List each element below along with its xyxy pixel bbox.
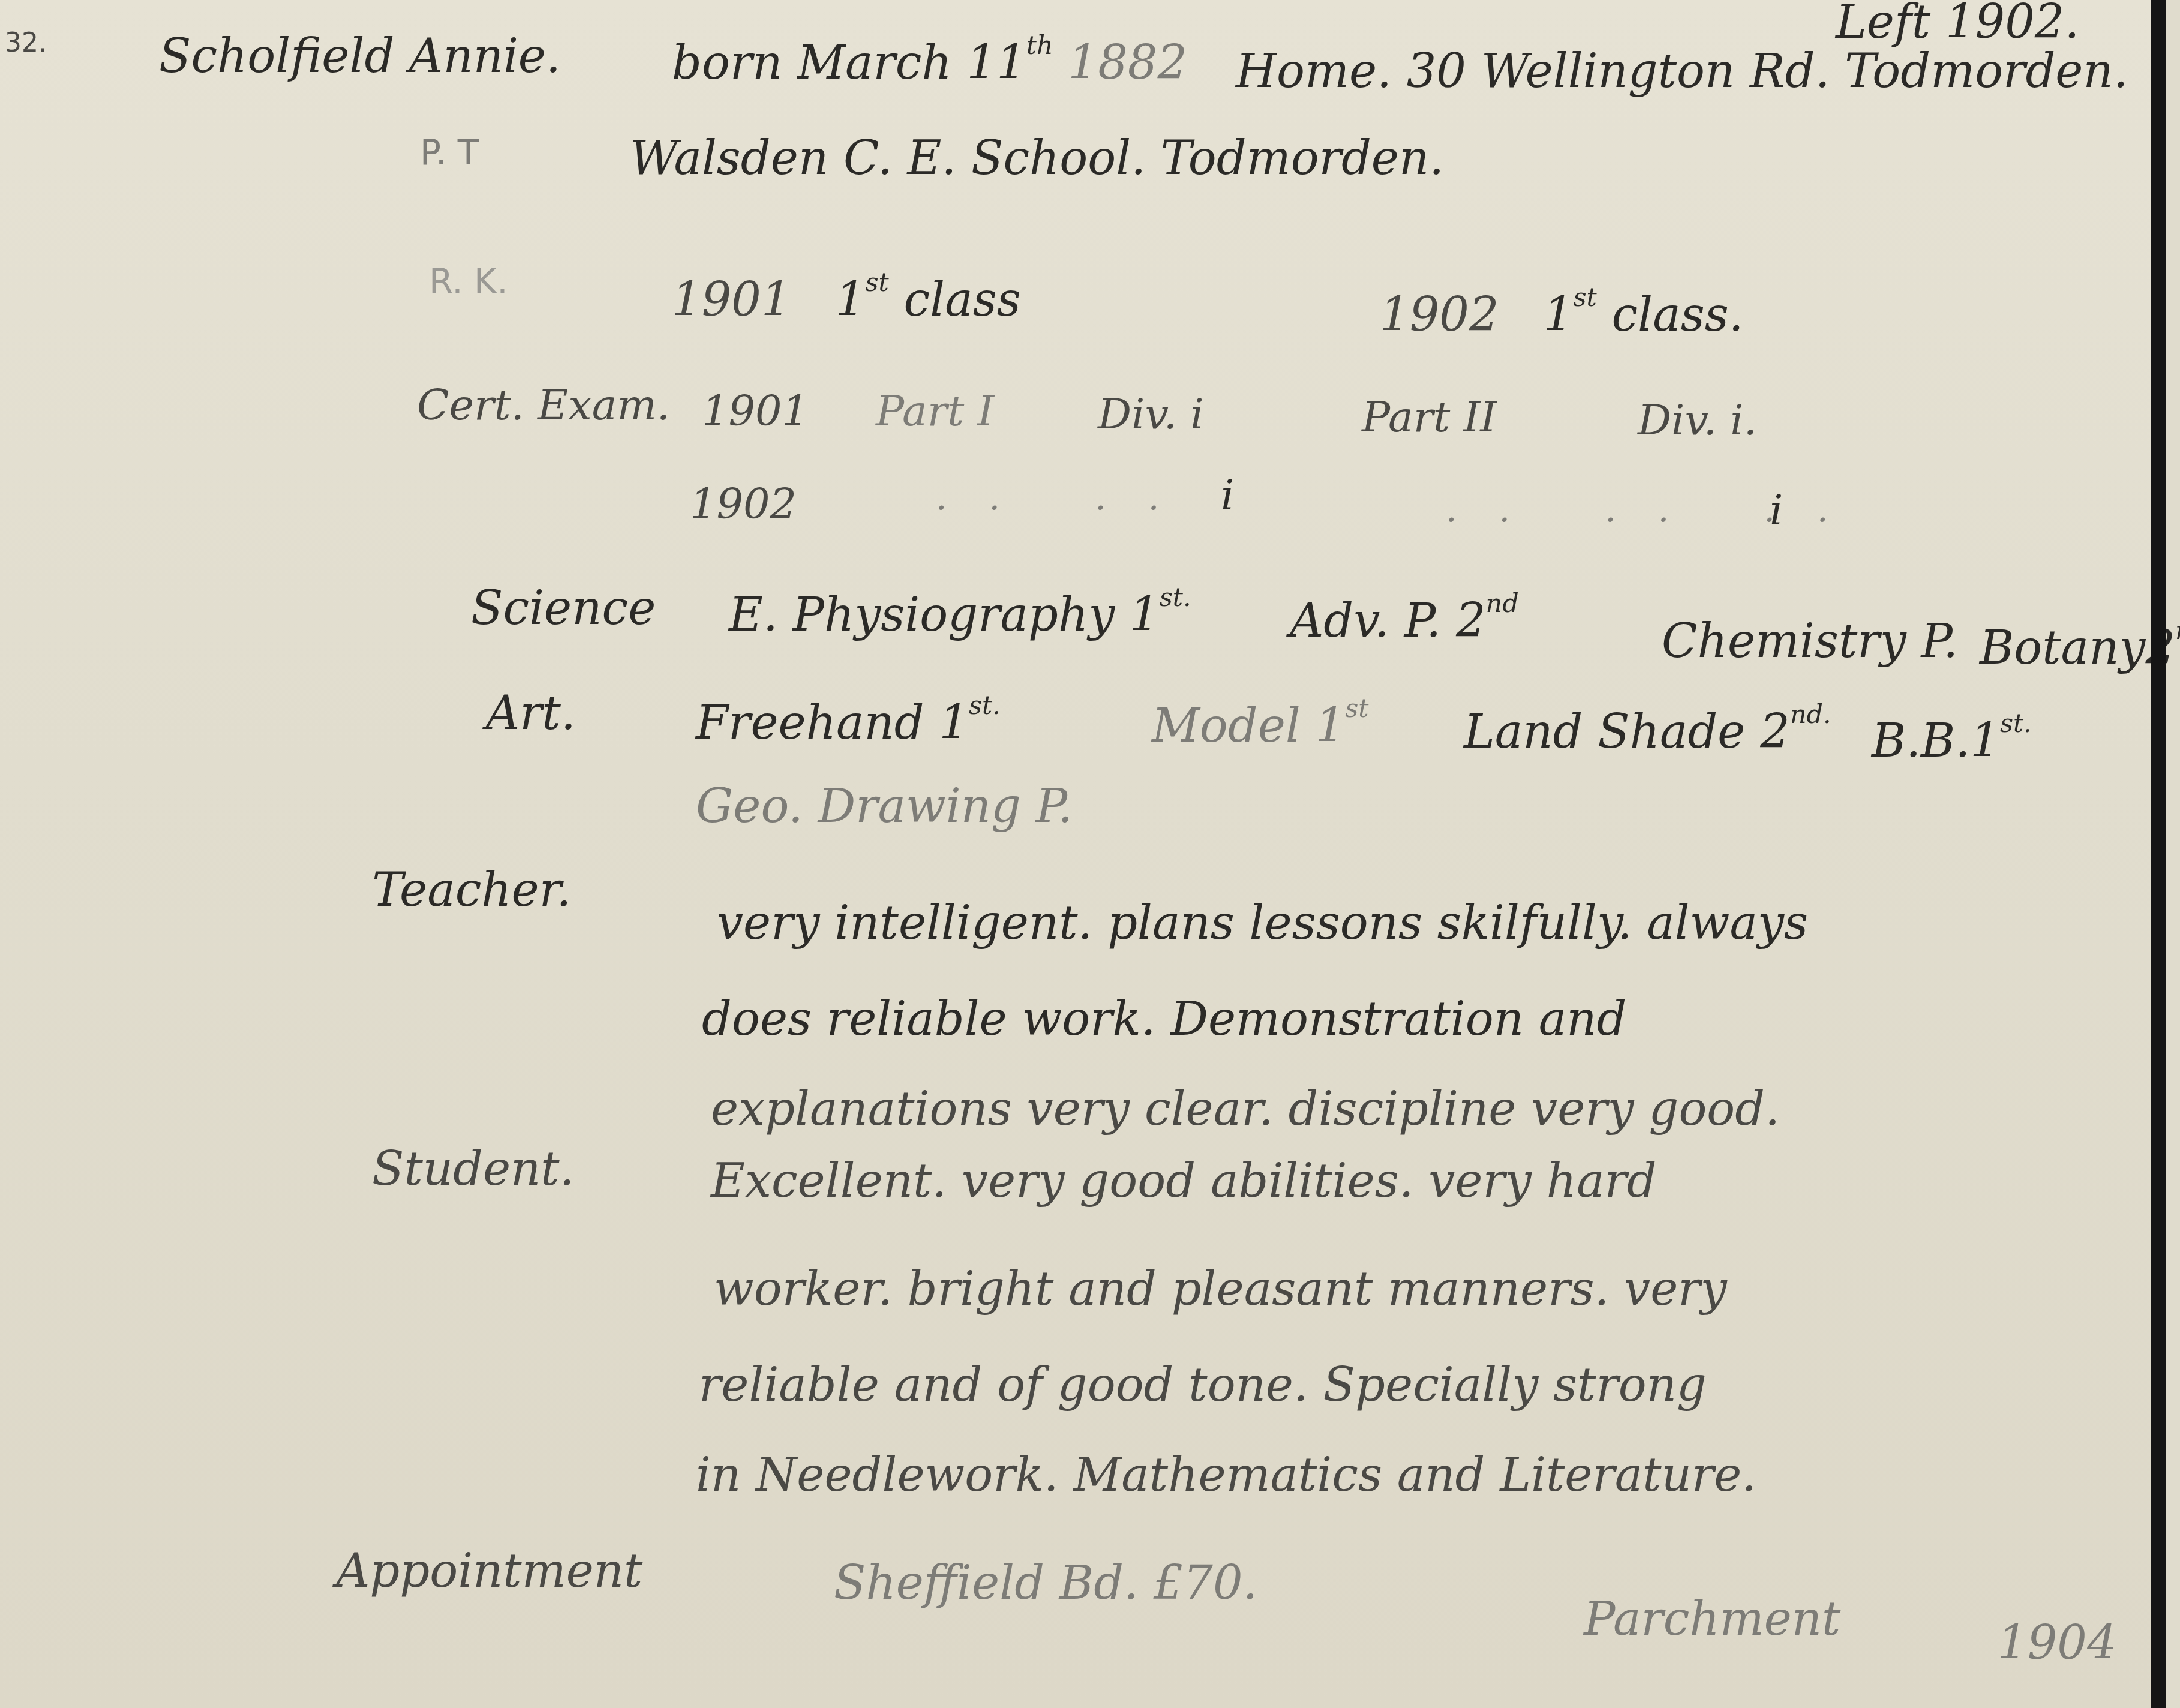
science-label: Science [471, 585, 656, 632]
teacher-label: Teacher. [372, 867, 571, 914]
cert-exam-1902-div2: i [1770, 489, 1783, 531]
cert-exam-1902-ditto-2: .. .. .. [1446, 492, 1870, 527]
born-date: March 11 [797, 36, 1026, 90]
student-name: Scholfield Annie. [159, 33, 561, 80]
student-label: Student. [372, 1146, 574, 1193]
science-adv-p: Adv. P. 2nd [1290, 591, 1519, 644]
cert-exam-1902-div1: i [1221, 474, 1234, 516]
home-address: 30 Wellington Rd. Todmorden. [1407, 44, 2128, 98]
parchment-label: Parchment [1584, 1596, 1840, 1643]
science-physiography: E. Physiography 1st. [729, 585, 1191, 638]
entry-number: 32. [5, 30, 47, 56]
cert-exam-1901-div1: Div. i [1098, 393, 1204, 435]
home-label: Home. [1236, 44, 1392, 98]
pupil-teacher-school: Walsden C. E. School. Todmorden. [630, 135, 1444, 182]
art-land-shade: Land Shade 2nd. [1464, 702, 1831, 755]
student-remark-line-4: in Needlework. Mathematics and Literatur… [696, 1452, 1756, 1499]
birth-info: born March 11th 1882 [672, 33, 1187, 86]
born-label: born [672, 36, 782, 90]
student-remark-line-3: reliable and of good tone. Specially str… [699, 1362, 1707, 1409]
art-bb: B.B.1st. [1872, 711, 2032, 764]
cert-exam-label: Cert. Exam. [417, 384, 670, 426]
art-model: Model 1st [1152, 696, 1369, 749]
science-chemistry: Chemistry P. [1662, 618, 1958, 665]
cert-exam-1901-year: 1901 [702, 390, 809, 432]
art-freehand: Freehand 1st. [696, 693, 1001, 746]
cert-exam-1902-ditto-1: .. .. [936, 480, 1201, 515]
art-label: Art. [486, 690, 576, 737]
pupil-teacher-label: P. T [420, 135, 479, 170]
appointment-value: Sheffield Bd. £70. [834, 1560, 1257, 1607]
appointment-label: Appointment [336, 1548, 642, 1595]
left-note: Left 1902. [1836, 0, 2079, 46]
born-date-suffix: th [1026, 31, 1053, 61]
art-geo-drawing: Geo. Drawing P. [696, 783, 1073, 830]
rk-entry-1901: 1901 1st class [672, 270, 1021, 323]
teacher-remark-line-1: very intelligent. plans lessons skilfull… [717, 900, 1808, 947]
cert-exam-1901-part1: Part I [876, 390, 994, 432]
science-botany: Botany2nd [1980, 618, 2180, 671]
cert-exam-1901-part2: Part II [1362, 396, 1497, 438]
home-info: Home. 30 Wellington Rd. Todmorden. [1236, 48, 2128, 95]
page-edge-shadow [2151, 0, 2166, 1708]
rk-entry-1902: 1902 1st class. [1380, 285, 1744, 338]
cert-exam-1902-year: 1902 [690, 483, 797, 525]
student-remark-line-2: worker. bright and pleasant manners. ver… [714, 1266, 1727, 1313]
cert-exam-1901-div2: Div. i. [1638, 399, 1757, 441]
born-year: 1882 [1068, 36, 1188, 90]
teacher-remark-line-3: explanations very clear. discipline very… [711, 1086, 1780, 1133]
student-remark-line-1: Excellent. very good abilities. very har… [711, 1158, 1657, 1205]
rk-label: R. K. [429, 264, 508, 299]
register-page: 32. Left 1902. Scholfield Annie. born Ma… [0, 0, 2166, 1708]
parchment-year: 1904 [1998, 1620, 2117, 1667]
teacher-remark-line-2: does reliable work. Demonstration and [702, 996, 1626, 1043]
